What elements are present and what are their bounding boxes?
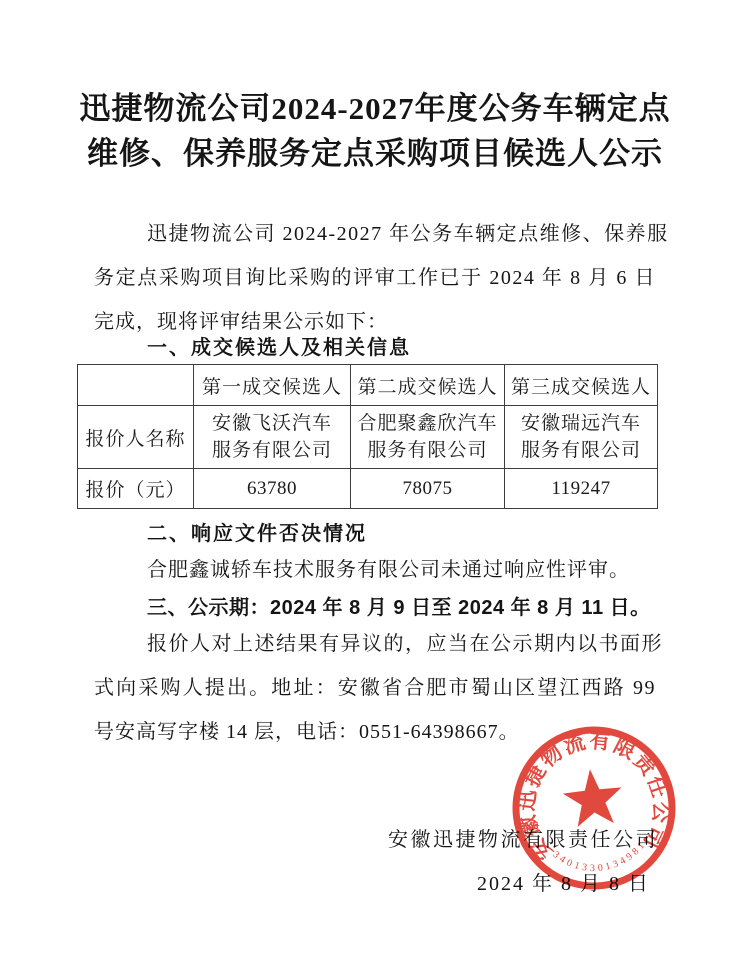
company-seal: 安徽迅捷物流有限责任公司 3401330134981	[499, 713, 688, 902]
company-2-line-2: 服务有限公司	[351, 437, 504, 464]
section3-heading: 三、公示期：2024 年 8 月 9 日至 2024 年 8 月 11 日。	[147, 592, 709, 624]
table-row-prices: 报价（元） 63780 78075 119247	[78, 469, 658, 509]
intro-line-1: 迅捷物流公司 2024-2027 年公务车辆定点维修、保养服	[94, 212, 656, 256]
table-cell-company-2: 合肥聚鑫欣汽车 服务有限公司	[351, 406, 505, 469]
page-title: 迅捷物流公司2024-2027年度公务车辆定点 维修、保养服务定点采购项目候选人…	[0, 86, 750, 176]
section2-body: 合肥鑫诚轿车技术服务有限公司未通过响应性评审。	[94, 548, 656, 592]
table-row-bidder-names: 报价人名称 安徽飞沃汽车 服务有限公司 合肥聚鑫欣汽车 服务有限公司 安徽瑞远汽…	[78, 406, 658, 469]
table-header-row: 第一成交候选人 第二成交候选人 第三成交候选人	[78, 365, 658, 406]
notice-line-1: 报价人对上述结果有异议的，应当在公示期内以书面形	[94, 622, 656, 666]
table-header-third-candidate: 第三成交候选人	[505, 365, 658, 406]
announcement-document: 迅捷物流公司2024-2027年度公务车辆定点 维修、保养服务定点采购项目候选人…	[0, 0, 750, 974]
section2-heading: 二、响应文件否决情况	[94, 518, 709, 550]
table-cell-price-2: 78075	[351, 469, 505, 509]
section1-heading: 一、成交候选人及相关信息	[94, 332, 709, 364]
company-2-line-1: 合肥聚鑫欣汽车	[351, 410, 504, 437]
company-1-line-1: 安徽飞沃汽车	[194, 410, 350, 437]
notice-line-2: 式向采购人提出。地址：安徽省合肥市蜀山区望江西路 99	[94, 666, 656, 710]
row-label-price: 报价（元）	[78, 469, 194, 509]
seal-star-icon	[561, 766, 626, 828]
page-title-line-1: 迅捷物流公司2024-2027年度公务车辆定点	[0, 86, 750, 131]
table-header-second-candidate: 第二成交候选人	[351, 365, 505, 406]
table-cell-empty	[78, 365, 194, 406]
table-cell-company-3: 安徽瑞远汽车 服务有限公司	[505, 406, 658, 469]
company-3-line-1: 安徽瑞远汽车	[505, 410, 657, 437]
table-header-first-candidate: 第一成交候选人	[194, 365, 351, 406]
table-cell-company-1: 安徽飞沃汽车 服务有限公司	[194, 406, 351, 469]
company-1-line-2: 服务有限公司	[194, 437, 350, 464]
page-title-line-2: 维修、保养服务定点采购项目候选人公示	[0, 131, 750, 176]
company-3-line-2: 服务有限公司	[505, 437, 657, 464]
row-label-bidder-name: 报价人名称	[78, 406, 194, 469]
intro-line-2: 务定点采购项目询比采购的评审工作已于 2024 年 8 月 6 日	[94, 256, 656, 300]
table-cell-price-3: 119247	[505, 469, 658, 509]
table-cell-price-1: 63780	[194, 469, 351, 509]
candidates-table: 第一成交候选人 第二成交候选人 第三成交候选人 报价人名称 安徽飞沃汽车 服务有…	[77, 364, 658, 509]
